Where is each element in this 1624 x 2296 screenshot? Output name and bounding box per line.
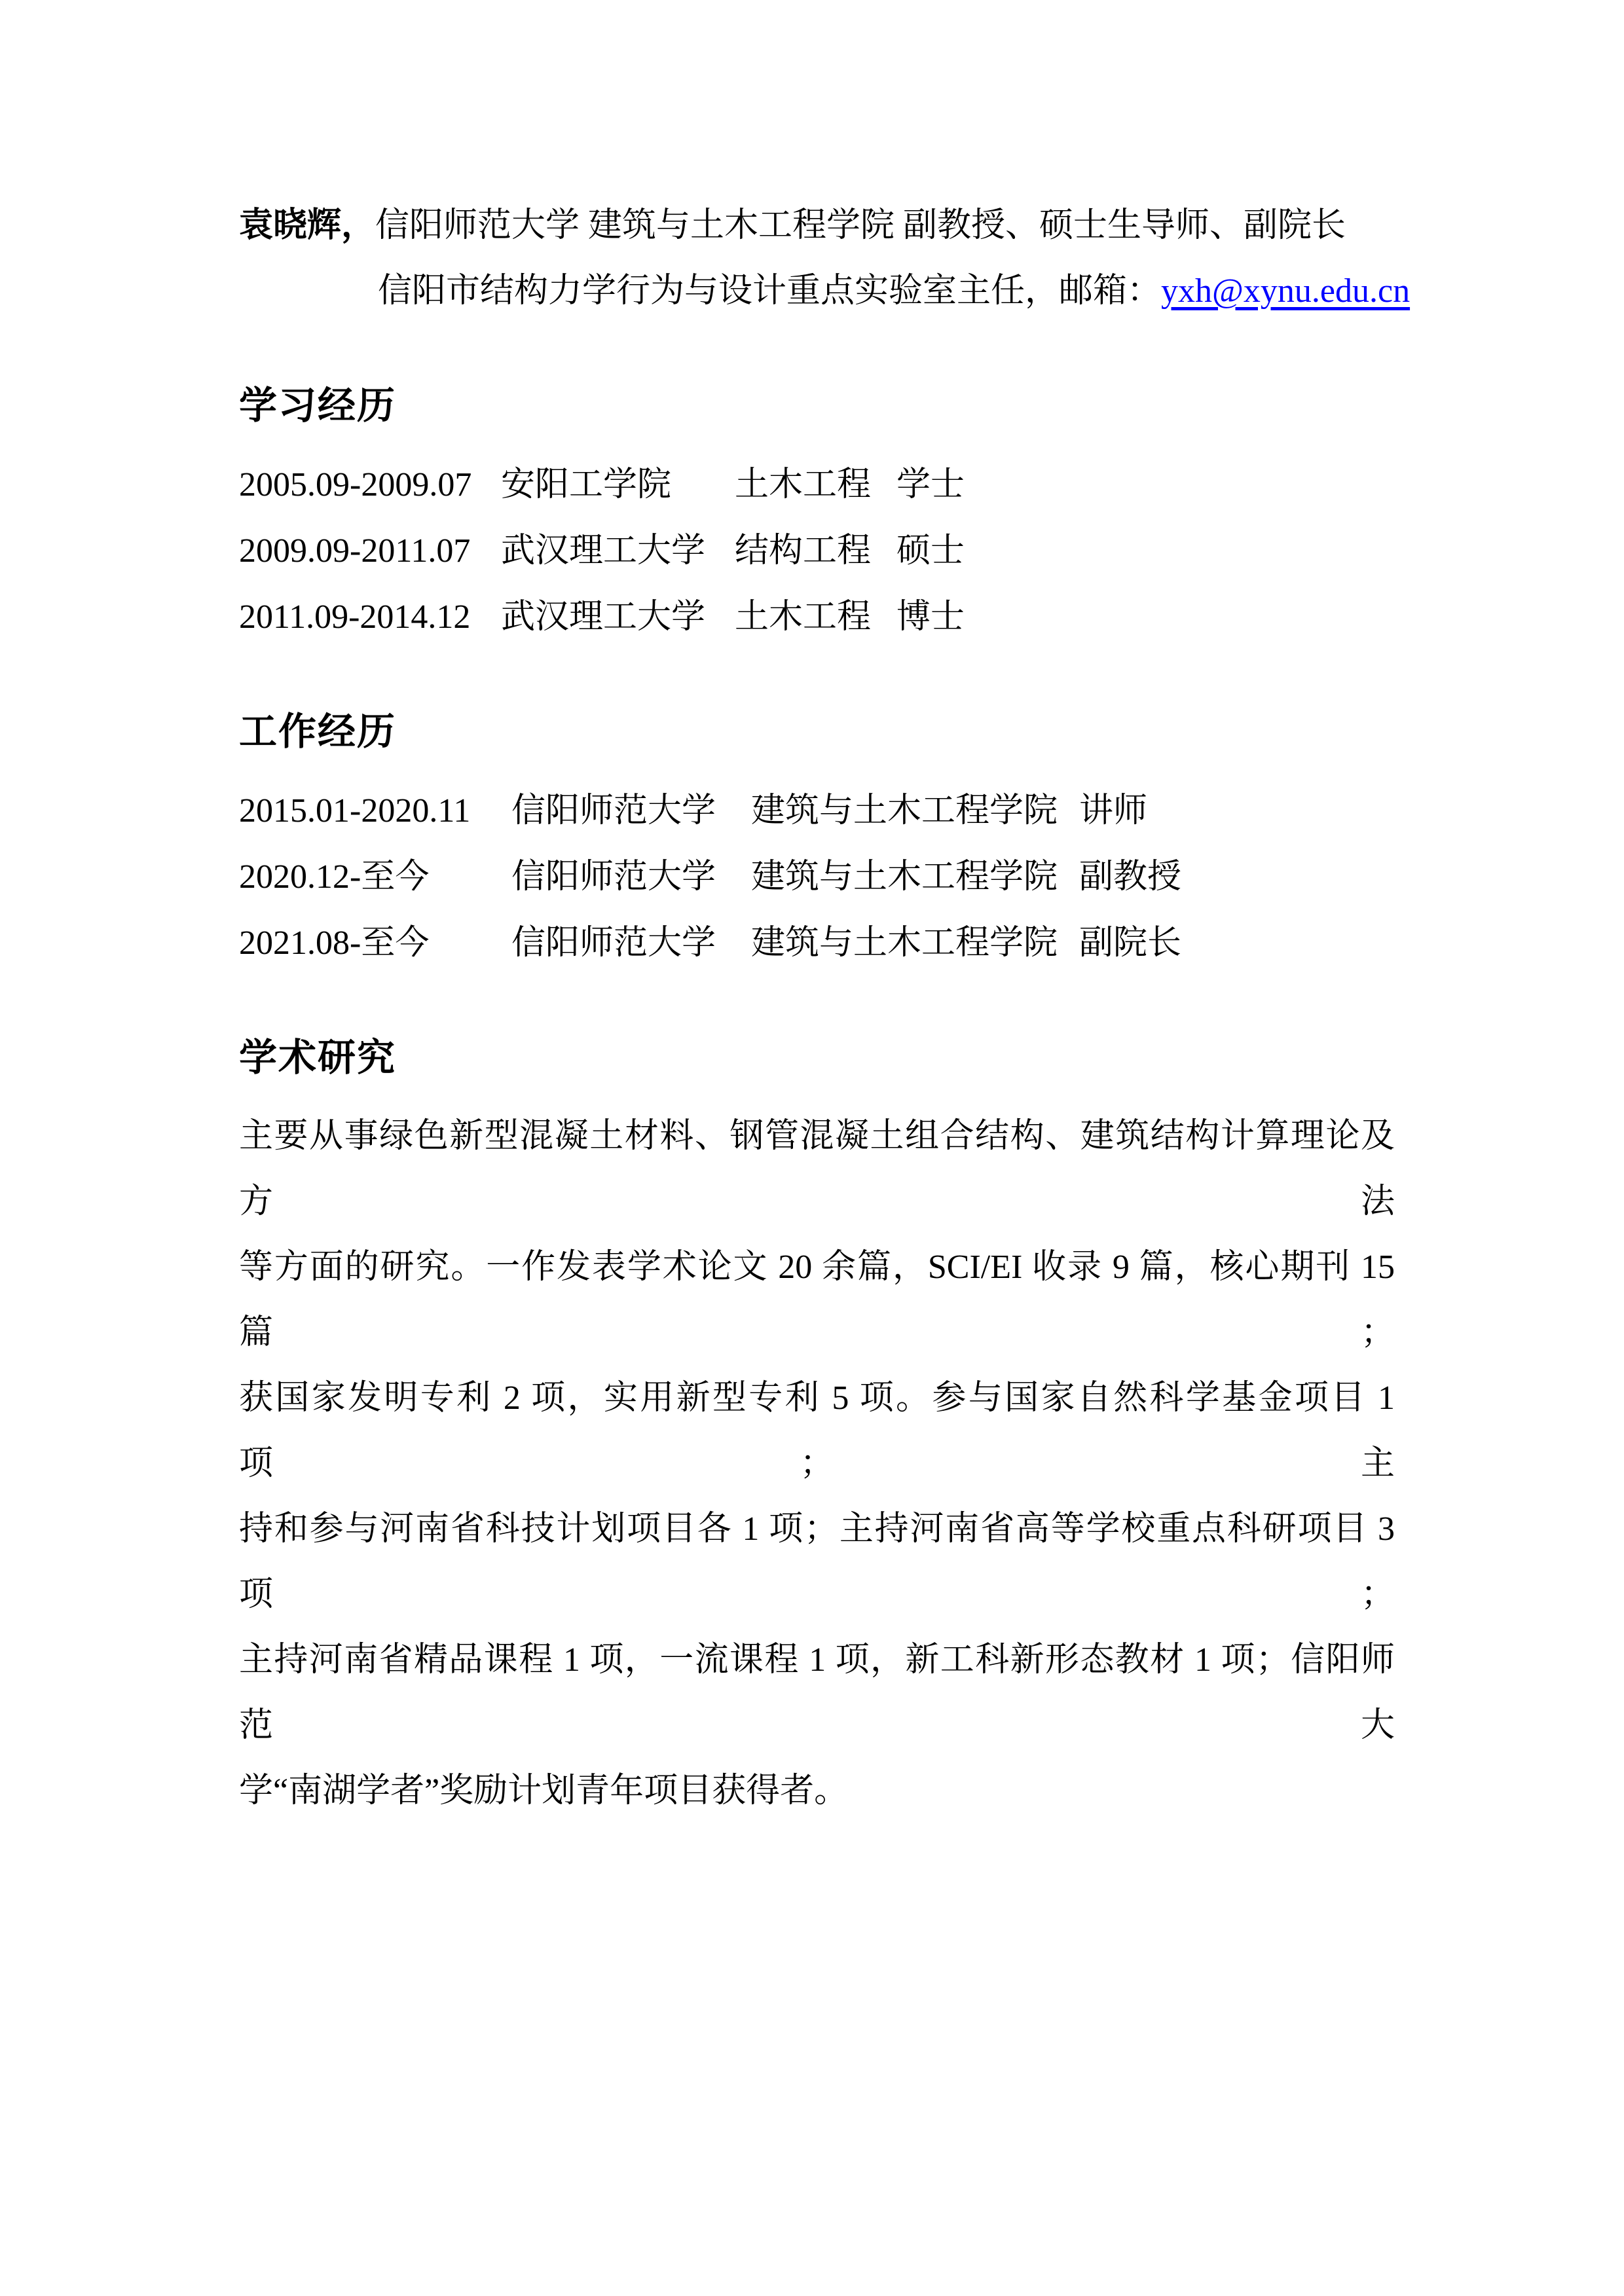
document-content: 袁晓辉，信阳师范大学 建筑与土木工程学院 副教授、硕士生导师、副院长 信阳市结构… xyxy=(0,0,1624,1824)
work-college: 建筑与土木工程学院 xyxy=(751,844,1079,910)
intro-line-1: 袁晓辉，信阳师范大学 建筑与土木工程学院 副教授、硕士生导师、副院长 xyxy=(239,193,1395,259)
education-major: 土木工程 xyxy=(735,452,896,518)
work-org: 信阳师范大学 xyxy=(511,910,751,976)
work-row: 2021.08-至今 信阳师范大学 建筑与土木工程学院 副院长 xyxy=(239,910,1395,976)
work-date: 2020.12-至今 xyxy=(239,844,511,910)
person-name: 袁晓辉， xyxy=(239,207,375,244)
work-date: 2015.01-2020.11 xyxy=(239,778,511,844)
education-major: 结构工程 xyxy=(735,518,896,584)
work-title: 副教授 xyxy=(1079,844,1395,910)
work-org: 信阳师范大学 xyxy=(511,844,751,910)
document-page: 袁晓辉，信阳师范大学 建筑与土木工程学院 副教授、硕士生导师、副院长 信阳市结构… xyxy=(0,0,1624,2296)
research-paragraph-line: 学“南湖学者”奖励计划青年项目获得者。 xyxy=(239,1758,1395,1824)
education-school: 武汉理工大学 xyxy=(501,584,735,650)
work-date: 2021.08-至今 xyxy=(239,910,511,976)
education-row: 2009.09-2011.07 武汉理工大学 结构工程 硕士 xyxy=(239,518,1395,584)
work-org: 信阳师范大学 xyxy=(511,778,751,844)
work-title: 副院长 xyxy=(1079,910,1395,976)
research-paragraph-line: 主要从事绿色新型混凝土材料、钢管混凝土组合结构、建筑结构计算理论及方法 xyxy=(239,1104,1395,1235)
research-paragraph-line: 获国家发明专利 2 项，实用新型专利 5 项。参与国家自然科学基金项目 1 项；… xyxy=(239,1366,1395,1497)
research-paragraph-line: 主持河南省精品课程 1 项，一流课程 1 项，新工科新形态教材 1 项；信阳师范… xyxy=(239,1628,1395,1758)
section-title-work: 工作经历 xyxy=(239,699,1395,765)
education-date: 2005.09-2009.07 xyxy=(239,452,501,518)
education-degree: 学士 xyxy=(896,452,1395,518)
research-paragraph-line: 持和参与河南省科技计划项目各 1 项；主持河南省高等学校重点科研项目 3 项； xyxy=(239,1497,1395,1628)
work-college: 建筑与土木工程学院 xyxy=(751,778,1079,844)
education-row: 2005.09-2009.07 安阳工学院 土木工程 学士 xyxy=(239,452,1395,518)
education-degree: 硕士 xyxy=(896,518,1395,584)
education-major: 土木工程 xyxy=(735,584,896,650)
section-title-research: 学术研究 xyxy=(239,1025,1395,1091)
work-title: 讲师 xyxy=(1079,778,1395,844)
intro-line-2: 信阳市结构力学行为与设计重点实验室主任，邮箱：yxh@xynu.edu.cn xyxy=(378,259,1395,324)
email-link[interactable]: yxh@xynu.edu.cn xyxy=(1161,272,1410,310)
work-college: 建筑与土木工程学院 xyxy=(751,910,1079,976)
person-affiliation-titles: 信阳师范大学 建筑与土木工程学院 副教授、硕士生导师、副院长 xyxy=(375,207,1346,244)
education-date: 2011.09-2014.12 xyxy=(239,584,501,650)
section-title-education: 学习经历 xyxy=(239,373,1395,439)
education-row: 2011.09-2014.12 武汉理工大学 土木工程 博士 xyxy=(239,584,1395,650)
research-paragraph-line: 等方面的研究。一作发表学术论文 20 余篇，SCI/EI 收录 9 篇，核心期刊… xyxy=(239,1235,1395,1366)
lab-director-text: 信阳市结构力学行为与设计重点实验室主任，邮箱： xyxy=(378,272,1161,310)
education-degree: 博士 xyxy=(896,584,1395,650)
education-school: 武汉理工大学 xyxy=(501,518,735,584)
work-row: 2015.01-2020.11 信阳师范大学 建筑与土木工程学院 讲师 xyxy=(239,778,1395,844)
education-date: 2009.09-2011.07 xyxy=(239,518,501,584)
education-school: 安阳工学院 xyxy=(501,452,735,518)
work-row: 2020.12-至今 信阳师范大学 建筑与土木工程学院 副教授 xyxy=(239,844,1395,910)
